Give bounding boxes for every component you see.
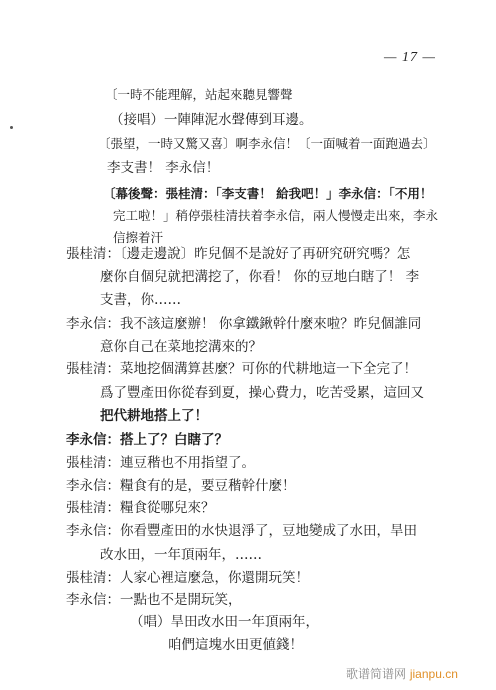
text-line: 張桂清：人家心裡這麼急，你還開玩笑！ (66, 569, 309, 587)
text-line: 〔張望，一時又驚又喜〕啊李永信！〔一面喊着一面跑過去〕 (98, 135, 436, 153)
text-line: 〔幕後聲：張桂清：「李支書！ 給我吧！」李永信：「不用！ (103, 185, 432, 203)
page-number: — 17 — (384, 50, 436, 66)
text-line: 李永信：我不該這麼辦！ 你拿鐵鍬幹什麼來啦？昨兒個誰同 (66, 315, 421, 333)
text-line: 爲了豐產田你從春到夏，操心費力，吃苦受累，這回又 (100, 384, 424, 402)
text-line: 李永信：一點也不是開玩笑， (66, 591, 242, 609)
text-line: 麼你自個兒就把溝挖了，你看！ 你的豆地白瞎了！ 李 (100, 268, 419, 286)
text-line: 改水田，一年頂兩年，…… (100, 546, 262, 564)
text-line: 張桂清：糧食從哪兒來？ (66, 499, 215, 517)
watermark-cn: 歌谱简谱网 (346, 667, 406, 681)
text-line: 完工啦！」稍停張桂清扶着李永信，兩人慢慢走出來，李永 (113, 207, 438, 225)
text-line: 張桂清：連豆稭也不用指望了。 (66, 454, 255, 472)
text-line: 意你自己在菜地挖溝來的？ (100, 338, 262, 356)
text-line: （接唱）一陣陣泥水聲傳到耳邊。 (110, 111, 313, 129)
text-line: 張桂清：菜地挖個溝算甚麼？可你的代耕地這一下全完了！ (66, 360, 417, 378)
text-line: 李支書！ 李永信！ (107, 159, 219, 177)
text-line: 支書，你…… (100, 291, 181, 309)
text-line: 張桂清：〔邊走邊說〕昨兒個不是說好了再研究研究嗎？怎 (66, 245, 410, 263)
text-line: 咱們這塊水田更値錢！ (168, 636, 303, 654)
text-line: 〔一時不能理解，站起來聽見響聲 (105, 86, 293, 104)
watermark: 歌谱简谱网 jianpu.cn (346, 665, 458, 682)
watermark-en: jianpu.cn (410, 667, 458, 681)
margin-dot (10, 126, 13, 129)
text-line: 李永信：糧食有的是，要豆稭幹什麼！ (66, 477, 296, 495)
text-line: 李永信：你看豐產田的水快退淨了，豆地變成了水田，旱田 (66, 522, 417, 540)
text-line: （唱）旱田改水田一年頂兩年， (130, 613, 319, 631)
text-line: 把代耕地搭上了！ (100, 407, 208, 425)
text-line: 李永信：搭上了？白瞎了？ (66, 431, 228, 449)
